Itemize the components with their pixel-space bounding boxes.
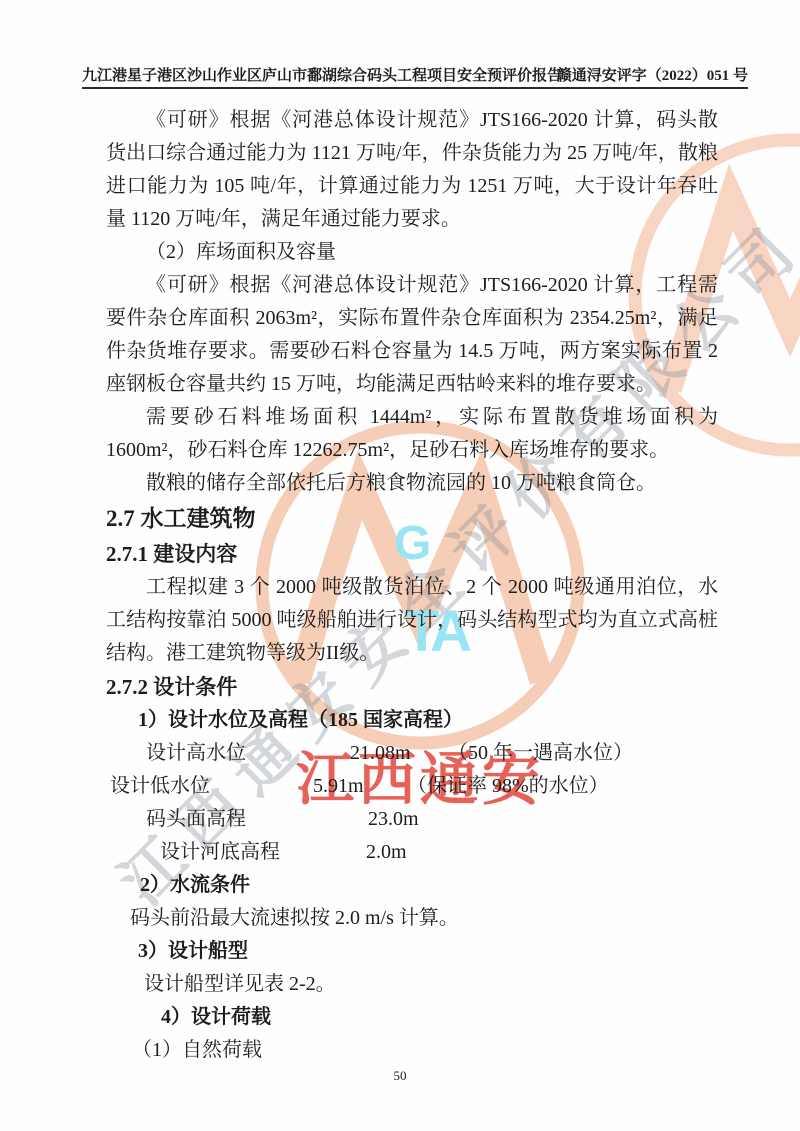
- page-number: 50: [0, 1068, 800, 1084]
- header-doc-number: 赣通浔安评字（2022）051 号: [557, 64, 748, 85]
- row-value: 21.08m: [350, 737, 411, 770]
- heading-2-7: 2.7 水工建筑物: [106, 500, 718, 537]
- report-page: 江西通安安全评价有限公司 G TA 江西通安 九江港星子港区沙山作业区庐山市鄱湖…: [0, 0, 800, 1131]
- design-data-row-low-water: 设计低水位 5.91m （保证率 98%的水位）: [106, 770, 718, 803]
- paragraph-ship-type: 设计船型详见表 2-2。: [106, 968, 718, 1001]
- row-label: 设计高水位: [146, 737, 246, 770]
- design-data-row-riverbed-elevation: 设计河底高程 2.0m: [106, 836, 718, 869]
- paragraph-warehouse: 《可研》根据《河港总体设计规范》JTS166-2020 计算，工程需要件杂仓库面…: [106, 269, 718, 401]
- subheading-design-load: 4）设计荷载: [106, 1001, 718, 1034]
- subheading-ship-type: 3）设计船型: [106, 935, 718, 968]
- design-data-row-high-water: 设计高水位 21.08m （50 年一遇高水位）: [106, 737, 718, 770]
- subheading-water-level: 1）设计水位及高程（185 国家高程）: [106, 704, 718, 737]
- heading-2-7-2: 2.7.2 设计条件: [106, 670, 718, 704]
- subheading-current: 2）水流条件: [106, 869, 718, 902]
- list-item-yard-title: （2）库场面积及容量: [106, 236, 718, 269]
- body-content: 《可研》根据《河港总体设计规范》JTS166-2020 计算，码头散货出口综合通…: [106, 104, 718, 1067]
- heading-2-7-1: 2.7.1 建设内容: [106, 537, 718, 571]
- design-data-row-deck-elevation: 码头面高程 23.0m: [106, 803, 718, 836]
- paragraph-natural-load: （1）自然荷载: [106, 1034, 718, 1067]
- row-value: 23.0m: [368, 803, 419, 836]
- paragraph-current-speed: 码头前沿最大流速拟按 2.0 m/s 计算。: [106, 902, 718, 935]
- row-note: （50 年一遇高水位）: [448, 737, 633, 770]
- row-note: （保证率 98%的水位）: [407, 770, 609, 803]
- row-value: 2.0m: [366, 836, 407, 869]
- row-label: 码头面高程: [146, 803, 246, 836]
- row-value: 5.91m: [313, 770, 364, 803]
- paragraph-throughput: 《可研》根据《河港总体设计规范》JTS166-2020 计算，码头散货出口综合通…: [106, 104, 718, 236]
- header-rule: [82, 87, 748, 89]
- paragraph-grain-storage: 散粮的储存全部依托后方粮食物流园的 10 万吨粮食筒仓。: [106, 467, 718, 500]
- paragraph-construction: 工程拟建 3 个 2000 吨级散货泊位、2 个 2000 吨级通用泊位，水工结…: [106, 571, 718, 670]
- row-label: 设计河底高程: [160, 836, 280, 869]
- header-title: 九江港星子港区沙山作业区庐山市鄱湖综合码头工程项目安全预评价报告: [82, 64, 562, 85]
- row-label: 设计低水位: [110, 770, 210, 803]
- paragraph-yard-area: 需要砂石料堆场面积 1444m²，实际布置散货堆场面积为 1600m²，砂石料仓…: [106, 401, 718, 467]
